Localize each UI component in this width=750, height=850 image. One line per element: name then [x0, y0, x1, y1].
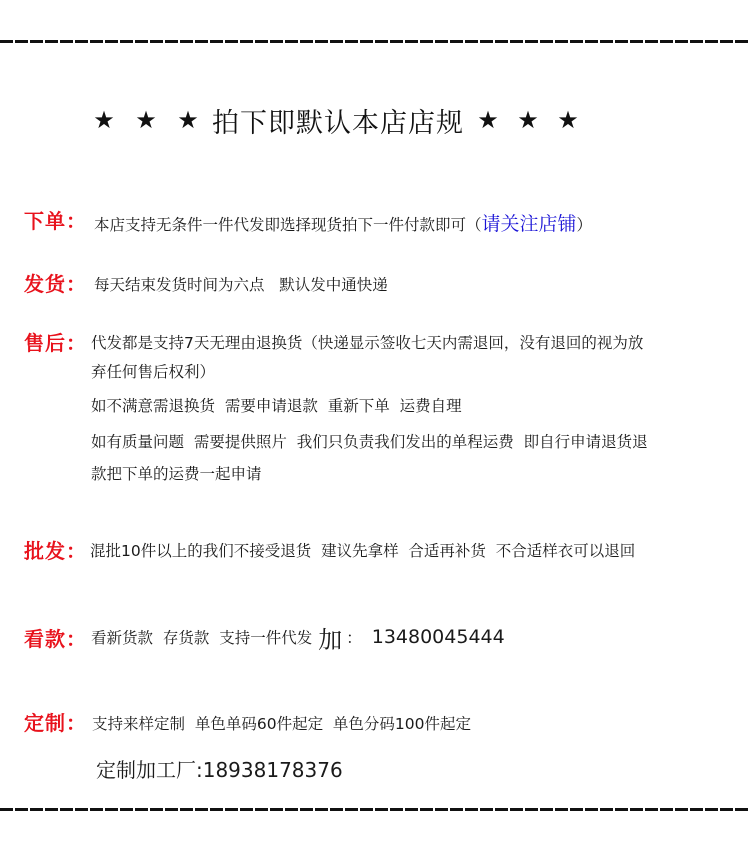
wholesale-label: 批发：: [24, 535, 87, 564]
after-sales-line-1: 代发都是支持7天无理由退换货（快递显示签收七天内需退回，没有退回的视为放: [91, 331, 643, 353]
shipping-text: 每天结束发货时间为六点 默认发中通快递: [94, 273, 388, 295]
after-sales-line-4: 如有质量问题 需要提供照片 我们只负责我们发出的单程运费 即自行申请退货退: [91, 430, 648, 452]
shipping-label: 发货：: [24, 268, 87, 297]
store-rules-title: ★ ★ ★ 拍下即默认本店店规 ★ ★ ★: [90, 100, 620, 140]
star-icon: ★: [474, 108, 502, 132]
custom-label: 定制：: [24, 707, 87, 736]
star-icon: ★: [132, 108, 160, 132]
star-icon: ★: [554, 108, 582, 132]
star-icon: ★: [514, 108, 542, 132]
wholesale-text: 混批10件以上的我们不接受退货 建议先拿样 合适再补货 不合适样衣可以退回: [90, 539, 635, 561]
after-sales-line-3: 如不满意需退换货 需要申请退款 重新下单 运费自理: [91, 394, 462, 416]
browse-description: 看新货款 存货款 支持一件代发: [91, 626, 312, 648]
custom-factory-phone[interactable]: 定制加工厂:18938178376: [96, 754, 343, 783]
contact-phone[interactable]: 13480045444: [372, 626, 505, 648]
browse-text: 看新货款 存货款 支持一件代发 加 ： 13480045444: [91, 622, 505, 652]
add-contact-label: 加: [318, 620, 342, 655]
order-close-paren: ）: [577, 216, 593, 234]
order-text: 本店支持无条件一件代发即选择现货拍下一件付款即可（请关注店铺）: [94, 209, 592, 236]
bottom-dashed-divider: [0, 808, 750, 811]
after-sales-label: 售后：: [24, 327, 87, 356]
order-label: 下单：: [24, 205, 87, 234]
browse-label: 看款：: [24, 623, 87, 652]
order-description: 本店支持无条件一件代发即选择现货拍下一件付款即可（: [94, 216, 482, 234]
custom-text: 支持来样定制 单色单码60件起定 单色分码100件起定: [92, 712, 471, 734]
page-title: 拍下即默认本店店规: [212, 101, 464, 140]
top-dashed-divider: [0, 40, 750, 43]
add-colon: ：: [346, 626, 362, 648]
after-sales-line-5: 款把下单的运费一起申请: [91, 462, 262, 484]
after-sales-line-2: 弃任何售后权利）: [91, 360, 215, 382]
star-icon: ★: [90, 108, 118, 132]
follow-store-link[interactable]: 请关注店铺: [482, 213, 577, 235]
star-icon: ★: [174, 108, 202, 132]
